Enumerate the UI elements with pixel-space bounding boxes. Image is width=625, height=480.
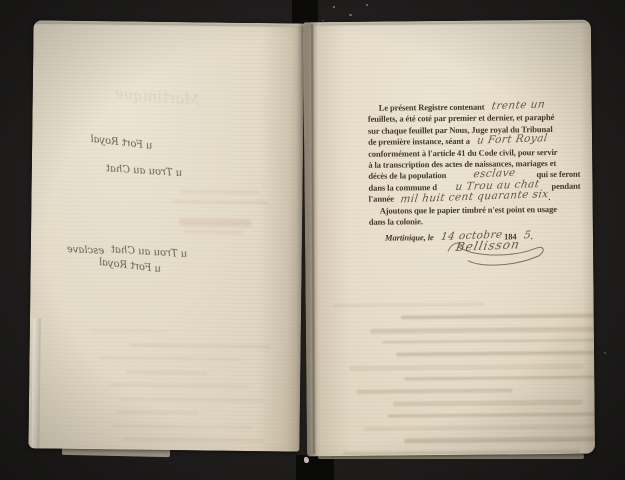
bleedthrough-line (100, 356, 241, 361)
bleedthrough-line (129, 343, 269, 348)
signature-name: Bellisson (454, 237, 521, 254)
bleedthrough-line (182, 190, 260, 194)
left-page: Martinique u Fort Royal u Trou au Chat e… (28, 20, 304, 451)
bleedthrough-line (183, 230, 243, 234)
bleedthrough-smudge (404, 436, 595, 443)
printed-text: décès de la population (368, 170, 446, 182)
bleedthrough-ghost-title: Martinique (114, 84, 200, 109)
bleedthrough-annotation: u Fort Royal (98, 257, 161, 275)
bleedthrough-line (90, 329, 170, 333)
bleedthrough-smudge (393, 400, 583, 407)
printed-text: dans la colonie. (369, 216, 423, 228)
dust-speck (322, 20, 324, 21)
page-top-edge (34, 20, 305, 27)
attestation-text: Le présent Registre contenanttrente unfe… (368, 101, 581, 245)
page-fore-edge (31, 318, 41, 448)
attestation-line: dans la colonie. (369, 215, 581, 228)
bleedthrough-line (179, 218, 251, 227)
bleedthrough-smudge (343, 449, 580, 454)
bleedthrough-line (121, 397, 263, 402)
page-top-edge (303, 20, 591, 27)
bleedthrough-annotation: u Trou au Chat (106, 163, 183, 179)
printed-date-part: Martinique, le (385, 232, 434, 242)
bleedthrough-annotation: u Trou au Chat (111, 244, 188, 260)
bleedthrough-smudge (404, 375, 595, 380)
printed-text: à la transcription des actes de naissanc… (368, 158, 556, 171)
printed-text: . (548, 192, 550, 203)
printed-text: de première instance, séant a (368, 136, 470, 148)
handwritten-insertion: trente un (491, 101, 546, 113)
bleedthrough-smudge (396, 350, 595, 356)
handwritten-insertion: u Fort Royal (476, 133, 548, 147)
printed-text: qui se feront (536, 169, 580, 181)
bleedthrough-smudge (401, 314, 595, 320)
bleedthrough-line (171, 200, 267, 204)
bleedthrough-smudge (370, 326, 595, 333)
gutter-shadow (296, 20, 318, 457)
bleedthrough-smudge (382, 338, 595, 343)
dust-speck (349, 14, 352, 16)
dust-speck (366, 4, 368, 6)
right-page: Le présent Registre contenanttrente unfe… (303, 20, 595, 457)
bleedthrough-smudge (357, 388, 512, 393)
dust-speck (304, 457, 309, 463)
bleedthrough-line (126, 370, 207, 374)
bleedthrough-annotation: esclave (67, 244, 105, 257)
bleedthrough-smudge (364, 424, 595, 430)
dust-speck (333, 6, 335, 8)
bleedthrough-line (113, 424, 252, 429)
scanned-register-spread: Martinique u Fort Royal u Trou au Chat e… (0, 0, 625, 480)
signature: Bellisson (438, 236, 558, 273)
bleedthrough-line (109, 383, 249, 388)
bleedthrough-smudge (349, 363, 583, 370)
bleedthrough-line (123, 437, 265, 442)
bleedthrough-smudge (388, 412, 595, 417)
bleedthrough-line (117, 410, 199, 414)
attestation-line: sur chaque feuillet par Nous, Juge royal… (368, 124, 580, 137)
printed-text: pendant (551, 180, 580, 192)
bleedthrough-smudge (334, 303, 484, 307)
dust-speck (604, 352, 606, 354)
bleedthrough-annotation: u Fort Royal (90, 134, 153, 152)
printed-text: l'année (369, 194, 394, 206)
